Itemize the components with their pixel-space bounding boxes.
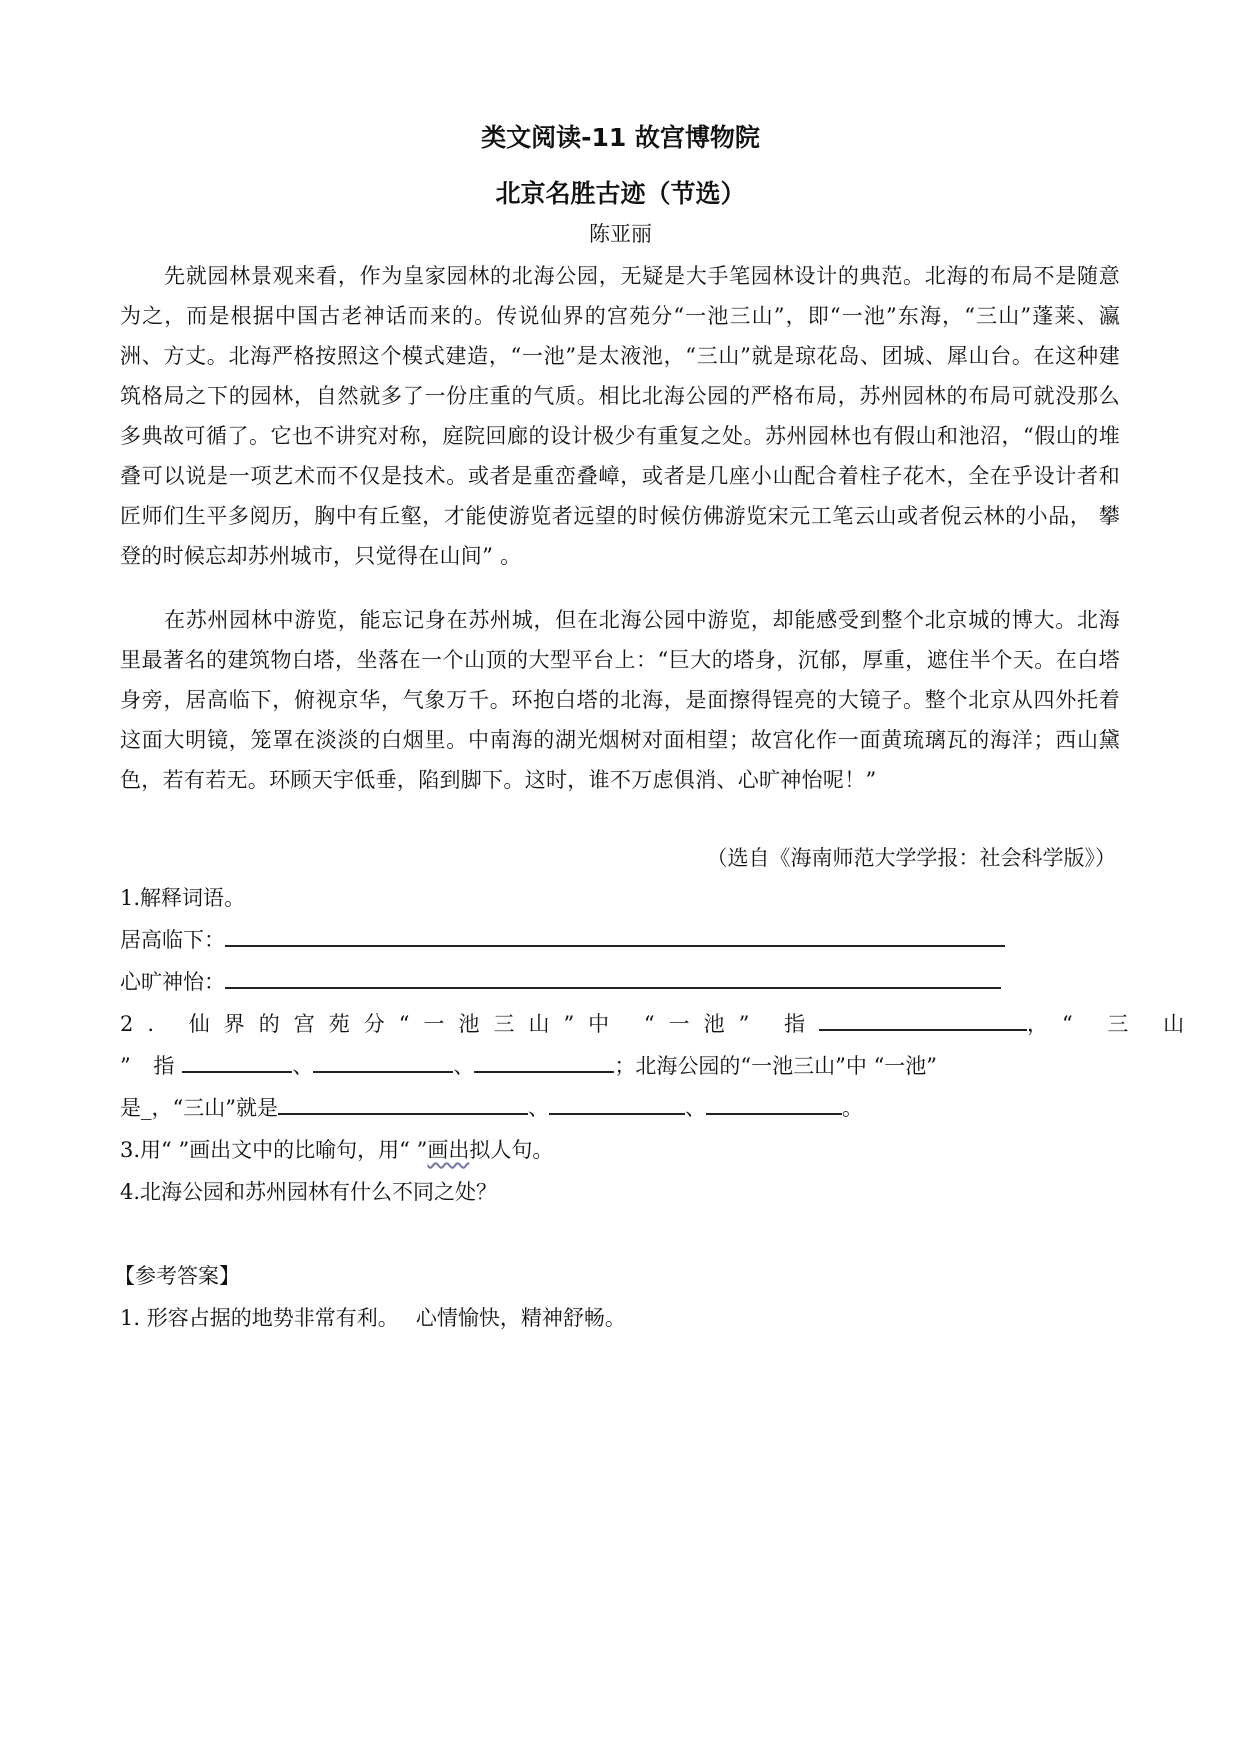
answer-blank[interactable] (225, 923, 1005, 947)
question-2-text: ” 指 (120, 1054, 182, 1078)
answer-blank[interactable] (225, 965, 1001, 989)
page-title: 类文阅读-11 故宫博物院 (0, 118, 1241, 154)
passage-paragraph-1: 先就园林景观来看，作为皇家园林的北海公园，无疑是大手笔园林设计的典范。北海的布局… (120, 256, 1120, 576)
article-title: 北京名胜古迹（节选） (0, 174, 1241, 210)
separator: 、 (528, 1096, 549, 1120)
answer-blank[interactable] (182, 1049, 292, 1073)
separator: 。 (842, 1096, 863, 1120)
answer-blank[interactable] (819, 1007, 1027, 1031)
answer-blank[interactable] (474, 1049, 614, 1073)
wavy-underline-sample: 画出 (427, 1138, 469, 1162)
question-1-label: 1.解释词语。 (120, 878, 245, 918)
source-citation: （选自《海南师范大学学报：社会科学版》） (707, 838, 1117, 878)
separator: 、 (292, 1054, 313, 1078)
answers-heading: 【参考答案】 (114, 1256, 240, 1296)
answer-blank[interactable] (313, 1049, 453, 1073)
question-2-text: 2. 仙界的宫苑分“一池三山”中 “一池” 指 (120, 1012, 819, 1036)
term-label: 居高临下： (120, 928, 225, 952)
question-2-line-1: 2. 仙界的宫苑分“一池三山”中 “一池” 指，“ 三 山 (120, 1004, 1198, 1044)
answer-1: 1. 形容占据的地势非常有利。 心情愉快，精神舒畅。 (120, 1298, 626, 1338)
answer-blank[interactable] (549, 1091, 685, 1115)
question-3-text: 拟人句。 (469, 1138, 553, 1162)
question-2-line-2: ” 指、、；北海公园的“一池三山”中 “一池” (120, 1046, 937, 1086)
answer-blank[interactable] (278, 1091, 528, 1115)
question-3-text: 3.用“ ”画出文中的比喻句，用“ ” (120, 1138, 427, 1162)
question-2-text: 是_，“三山”就是 (120, 1096, 278, 1120)
question-1-term-2: 心旷神怡： (120, 962, 1001, 1002)
separator: 、 (453, 1054, 474, 1078)
passage-paragraph-2: 在苏州园林中游览，能忘记身在苏州城，但在北海公园中游览，却能感受到整个北京城的博… (120, 600, 1120, 800)
term-label: 心旷神怡： (120, 970, 225, 994)
answer-blank[interactable] (706, 1091, 842, 1115)
question-2-line-3: 是_，“三山”就是、、。 (120, 1088, 863, 1128)
question-2-text: ，“ 三 山 (1027, 1012, 1198, 1036)
document-page: 类文阅读-11 故宫博物院 北京名胜古迹（节选） 陈亚丽 先就园林景观来看，作为… (0, 0, 1241, 1754)
question-4: 4.北海公园和苏州园林有什么不同之处？ (120, 1172, 497, 1212)
question-1-term-1: 居高临下： (120, 920, 1005, 960)
question-3: 3.用“ ”画出文中的比喻句，用“ ”画出拟人句。 (120, 1130, 553, 1170)
question-2-text: ；北海公园的“一池三山”中 “一池” (614, 1054, 937, 1078)
author-name: 陈亚丽 (0, 218, 1241, 248)
separator: 、 (685, 1096, 706, 1120)
